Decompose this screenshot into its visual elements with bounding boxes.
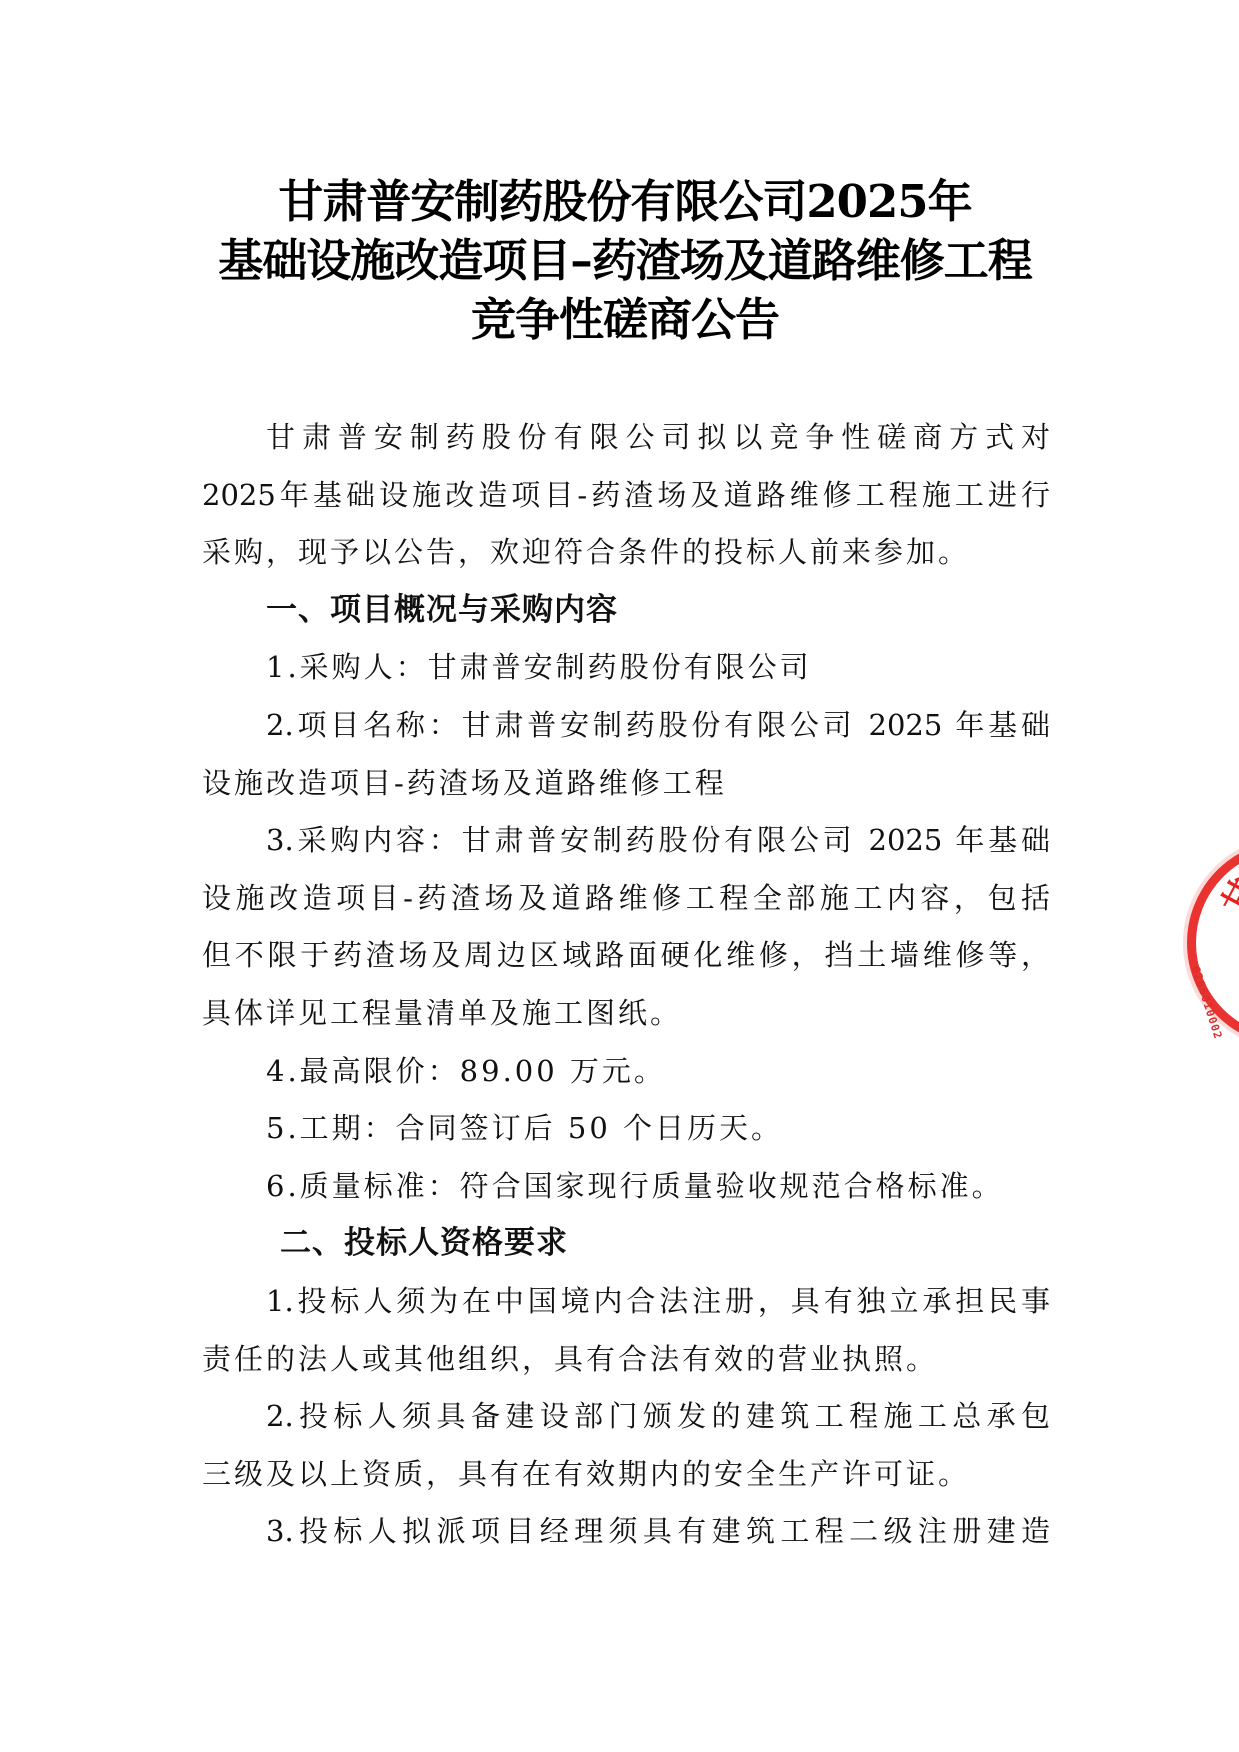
document-title: 甘肃普安制药股份有限公司2025年 基础设施改造项目–药渣场及道路维修工程 竞争…: [150, 172, 1100, 349]
intro-line: 甘肃普安制药股份有限公司拟以竞争性磋商方式对: [202, 409, 1050, 467]
req-item-3: 3.投标人拟派项目经理须具有建筑工程二级注册建造: [202, 1503, 1050, 1561]
req-item-1: 1.投标人须为在中国境内合法注册，具有独立承担民事: [202, 1273, 1050, 1331]
item-max-price: 4.最高限价：89.00 万元。: [202, 1043, 1050, 1101]
title-line-1: 甘肃普安制药股份有限公司2025年: [150, 172, 1100, 231]
document-page: 甘肃普安制药股份有限公司2025年 基础设施改造项目–药渣场及道路维修工程 竞争…: [0, 0, 1239, 1752]
item-quality-standard: 6.质量标准：符合国家现行质量验收规范合格标准。: [202, 1158, 1050, 1216]
item-purchaser: 1.采购人：甘肃普安制药股份有限公司: [202, 639, 1050, 697]
item-procurement-content-cont: 具体详见工程量清单及施工图纸。: [202, 985, 1050, 1043]
item-duration: 5.工期：合同签订后 50 个日历天。: [202, 1100, 1050, 1158]
section-heading-2: 二、投标人资格要求: [202, 1215, 1050, 1273]
req-item-2: 2.投标人须具备建设部门颁发的建筑工程施工总承包: [202, 1388, 1050, 1446]
item-project-name-cont: 设施改造项目-药渣场及道路维修工程: [202, 755, 1050, 813]
req-item-2-cont: 三级及以上资质，具有在有效期内的安全生产许可证。: [202, 1446, 1050, 1504]
intro-line: 采购，现予以公告，欢迎符合条件的投标人前来参加。: [202, 524, 1050, 582]
item-procurement-content-cont: 设施改造项目-药渣场及道路维修工程全部施工内容，包括: [202, 870, 1050, 928]
item-procurement-content-cont: 但不限于药渣场及周边区域路面硬化维修，挡土墙维修等，: [202, 927, 1050, 985]
intro-line: 2025年基础设施改造项目-药渣场及道路维修工程施工进行: [202, 467, 1050, 525]
req-item-1-cont: 责任的法人或其他组织，具有合法有效的营业执照。: [202, 1331, 1050, 1389]
item-procurement-content: 3.采购内容：甘肃普安制药股份有限公司 2025 年基础: [202, 812, 1050, 870]
document-body: 甘肃普安制药股份有限公司拟以竞争性磋商方式对 2025年基础设施改造项目-药渣场…: [202, 409, 1050, 1561]
title-line-2: 基础设施改造项目–药渣场及道路维修工程: [150, 231, 1100, 290]
item-project-name: 2.项目名称：甘肃普安制药股份有限公司 2025 年基础: [202, 697, 1050, 755]
title-line-3: 竞争性磋商公告: [150, 290, 1100, 349]
section-heading-1: 一、项目概况与采购内容: [202, 582, 1050, 640]
